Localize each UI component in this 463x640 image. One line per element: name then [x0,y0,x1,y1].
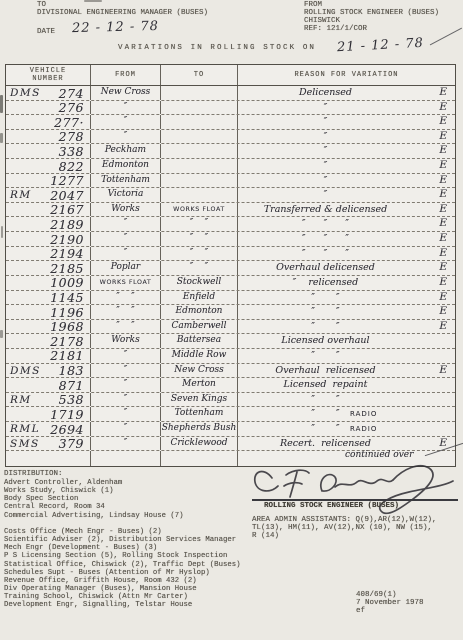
e-flag: E [439,320,447,332]
cell-reason: Licensed repaint [238,378,455,392]
table-row: 1968 ″ ″ Camberwell ″ ″ E [6,320,455,335]
reason-value: ″ ″ [238,423,413,434]
table-row: 2194 ″ ″ ″ ″ ″ ″ E [6,247,455,262]
from-value: ″ [91,438,160,448]
scan-artifact [1,226,3,238]
scan-artifact [84,0,102,2]
from-value: Peckham [91,145,160,155]
cell-vehicle-number: 1968 [6,320,91,334]
cell-reason: ″ E [238,101,455,115]
cell-vehicle-number: 278 [6,130,91,144]
table-row: 2185 Poplar ″ ″ Overhaul delicensed E [6,261,455,276]
cell-vehicle-number: 871 [6,378,91,392]
vehicle-number: 2185 [50,261,84,276]
to-value: Tottenham [161,408,237,418]
from-value: Tottenham [91,175,160,185]
cell-to: ″ ″ [161,247,238,261]
vehicle-number: 2047 [50,188,84,203]
vehicle-number: 538 [59,392,84,407]
table-row: 2190 ″ ″ ″ ″ ″ ″ E [6,232,455,247]
cell-vehicle-number: 1145 [6,291,91,305]
cell-to: ″ ″ [161,232,238,246]
vehicle-number: 1719 [50,407,84,422]
admin-assistants-line1: AREA ADMIN ASSISTANTS: Q(9),AR(12),W(12)… [252,516,437,524]
col-header-vehicle-number: VEHICLE NUMBER [6,65,91,85]
cell-to: Battersea [161,334,238,348]
cell-to [161,130,238,144]
distribution-line [4,520,240,528]
from-value: ″ [91,233,160,243]
to-value: New Cross [161,365,237,375]
e-flag: E [439,247,447,259]
cell-to: Stockwell [161,276,238,290]
cell-reason: ″ ″ [238,349,455,363]
cell-vehicle-number: 2167 [6,203,91,217]
cell-from: ″ [91,115,161,129]
vehicle-number: 2189 [50,217,84,232]
cell-from: ″ ″ [91,305,161,319]
cell-vehicle-number [6,451,91,466]
cell-vehicle-number: 1719 [6,407,91,421]
to-value: Edmonton [161,306,237,316]
cell-reason: ″ E [238,188,455,202]
reason-value: Transferred & delicensed [238,204,413,215]
table-row: 1277 Tottenham ″ E [6,174,455,189]
vehicle-number: 1009 [50,275,84,290]
to-value: Seven Kings [161,394,237,404]
cell-from: New Cross [91,86,161,100]
cell-to [161,144,238,158]
reason-value: Overhaul delicensed [238,262,413,273]
continued-over-note: continued over [345,450,413,460]
col-header-number: NUMBER [32,75,63,83]
table-row: 2167 Works WORKS FLOAT Transferred & del… [6,203,455,218]
cell-vehicle-number: 277· [6,115,91,129]
vehicle-prefix: SMS [10,438,40,450]
reason-value: ″ ″ [238,306,413,317]
from-value: ″ [91,423,160,433]
cell-to [161,174,238,188]
cell-to [161,159,238,173]
cell-vehicle-number: SMS 379 [6,437,91,451]
ref-number: REF: 121/1/COR [304,25,367,33]
reason-value: ″ [238,189,413,200]
table-row: 338 Peckham ″ E [6,144,455,159]
vehicle-number: 2178 [50,334,84,349]
distribution-line: Costs Office (Mech Engr - Buses) (2) [4,528,240,536]
distribution-line: Commercial Advertising, Lindsay House (7… [4,512,240,520]
cell-reason: ″ ″ ″ E [238,232,455,246]
cell-from: Edmonton [91,159,161,173]
date-label: DATE [37,28,55,36]
e-flag: E [439,101,447,113]
vehicle-number: 278 [59,129,84,144]
footer-typist-initials: ef [356,607,365,615]
reason-value: ″ relicensed [238,277,413,288]
table-row: 2181 ″ Middle Row ″ ″ [6,349,455,364]
to-value: ″ ″ [161,233,237,243]
e-flag: E [439,291,447,303]
cell-to: Shepherds Bush [161,422,238,436]
scanned-memo-page: TO DIVISIONAL ENGINEERING MANAGER (BUSES… [0,0,463,640]
to-value: Merton [161,379,237,389]
cell-from: Works [91,203,161,217]
cell-reason: ″ ″ ″ E [238,247,455,261]
cell-from: Tottenham [91,174,161,188]
table-row: 871 ″ Merton Licensed repaint [6,378,455,393]
cell-vehicle-number: 1277 [6,174,91,188]
to-value: Cricklewood [161,438,237,448]
distribution-line: Schedules Supt - Buses (Attention of Mr … [4,569,240,577]
scan-artifact [0,95,3,113]
reason-value: ″ ″ ″ [238,233,413,244]
table-row: RML 2694 ″ Shepherds Bush ″ ″ RADIO [6,422,455,437]
vehicle-number: 183 [59,363,84,378]
scan-artifact [0,330,3,338]
cell-from: ″ [91,247,161,261]
vehicle-number: 822 [59,159,84,174]
cell-vehicle-number: RM 2047 [6,188,91,202]
cell-reason: ″ E [238,130,455,144]
from-location: CHISWICK [304,17,340,25]
cell-reason: ″ ″ [238,393,455,407]
from-value: ″ [91,408,160,418]
cell-from: ″ [91,217,161,231]
distribution-line: Statistical Office, Chiswick (2), Traffi… [4,561,240,569]
cell-from: ″ [91,393,161,407]
from-value: ″ [91,131,160,141]
reason-value: ″ ″ [238,408,413,419]
cell-reason: ″ ″ ″ E [238,217,455,231]
from-value: ″ ″ [91,321,160,331]
cell-to: Tottenham [161,407,238,421]
to-value: ″ ″ [161,262,237,272]
reason-value: ″ ″ ″ [238,248,413,259]
cell-reason: ″ E [238,115,455,129]
from-value: ″ [91,116,160,126]
e-flag: E [439,437,447,449]
vehicle-number: 1277 [50,173,84,188]
cell-from: ″ [91,378,161,392]
cell-from: Peckham [91,144,161,158]
cell-from: ″ [91,422,161,436]
cell-reason: ″ ″ RADIO [238,422,455,436]
e-flag: E [439,174,447,186]
reason-value: Overhaul relicensed [238,365,413,376]
cell-vehicle-number: 2189 [6,217,91,231]
distribution-line: Development Engr, Signalling, Telstar Ho… [4,601,240,609]
col-header-vehicle: VEHICLE [30,67,66,75]
cell-vehicle-number: RM 538 [6,393,91,407]
distribution-line: Scientific Adviser (2), Distribution Ser… [4,536,240,544]
vehicle-number: 1196 [50,305,84,320]
cell-reason: ″ ″ RADIO [238,407,455,421]
distribution-line: Central Record, Room 34 [4,503,240,511]
table-row: 822 Edmonton ″ E [6,159,455,174]
cell-reason: ″ ″ E [238,305,455,319]
vehicle-number: 379 [59,436,84,451]
date-handwritten: 22 - 12 - 78 [72,19,159,36]
cell-to: Camberwell [161,320,238,334]
vehicle-prefix: RM [10,394,32,406]
from-value: ″ [91,350,160,360]
from-value: ″ ″ [91,292,160,302]
to-value: Stockwell [161,277,237,287]
to-label: TO [37,1,46,9]
table-row: DMS 274 New Cross Delicensed E [6,86,455,101]
from-label: FROM [304,1,322,9]
e-flag: E [439,188,447,200]
e-flag: E [439,115,447,127]
cell-to: New Cross [161,364,238,378]
reason-value: ″ [238,102,413,113]
vehicle-number: 2190 [50,232,84,247]
cell-from: ″ ″ [91,320,161,334]
cell-vehicle-number: 2194 [6,247,91,261]
cell-vehicle-number: 338 [6,144,91,158]
cell-to [161,101,238,115]
vehicle-prefix: RM [10,189,32,201]
cell-vehicle-number: 822 [6,159,91,173]
cell-from: ″ [91,364,161,378]
table-row: 276 ″ ″ E [6,101,455,116]
from-value: ″ [91,365,160,375]
cell-from: Works [91,334,161,348]
reason-value: ″ ″ [238,321,413,332]
radio-note: RADIO [350,410,377,418]
distribution-list: Advert Controller, AldenhamWorks Study, … [4,479,240,609]
reason-value: ″ ″ [238,350,413,361]
from-value: ″ [91,218,160,228]
from-value: Victoria [91,189,160,199]
distribution-label: DISTRIBUTION: [4,470,63,478]
reason-value: Delicensed [238,87,413,98]
cell-vehicle-number: 2185 [6,261,91,275]
col-header-to: TO [161,65,238,85]
vehicle-number: 276 [59,100,84,115]
reason-value: Licensed overhaul [238,335,413,346]
vehicle-number: 338 [59,144,84,159]
vehicle-number: 2194 [50,246,84,261]
cell-from: WORKS FLOAT [91,276,161,290]
cell-vehicle-number: 2178 [6,334,91,348]
cell-to: WORKS FLOAT [161,203,238,217]
table-row: 2178 Works Battersea Licensed overhaul [6,334,455,349]
to-value: Middle Row [161,350,237,360]
reason-value: ″ [238,116,413,127]
cell-reason: ″ relicensed E [238,276,455,290]
reason-value: Recert. relicensed [238,438,413,449]
e-flag: E [439,144,447,156]
cell-from: ″ ″ [91,291,161,305]
e-flag: E [439,130,447,142]
col-header-from: FROM [91,65,161,85]
cell-vehicle-number: 2190 [6,232,91,246]
table-row: 1719 ″ Tottenham ″ ″ RADIO [6,407,455,422]
cell-to [161,86,238,100]
from-value: ″ [91,248,160,258]
e-flag: E [439,232,447,244]
cell-to: Seven Kings [161,393,238,407]
e-flag: E [439,86,447,98]
to-value: ″ ″ [161,248,237,258]
from-value: Works [91,204,160,214]
to-value: Shepherds Bush [161,423,237,433]
distribution-line: Advert Controller, Aldenham [4,479,240,487]
table-row: 1196 ″ ″ Edmonton ″ ″ E [6,305,455,320]
distribution-line: Div Operating Manager (Buses), Mansion H… [4,585,240,593]
table-row: 278 ″ ″ E [6,130,455,145]
cell-from: ″ [91,349,161,363]
table-header-row: VEHICLE NUMBER FROM TO REASON FOR VARIAT… [6,65,455,86]
from-value: ″ [91,394,160,404]
reason-value: ″ [238,160,413,171]
cell-reason: ″ ″ E [238,320,455,334]
e-flag: E [439,159,447,171]
cell-to [161,451,238,466]
cell-reason: ″ E [238,159,455,173]
footer-date: 7 November 1978 [356,599,424,607]
cell-to: Merton [161,378,238,392]
cell-vehicle-number: 1196 [6,305,91,319]
from-value: ″ [91,379,160,389]
cell-reason: Transferred & delicensed E [238,203,455,217]
cell-to [161,115,238,129]
e-flag: E [439,261,447,273]
cell-reason: Overhaul delicensed E [238,261,455,275]
e-flag: E [439,276,447,288]
pen-stroke [430,28,462,46]
page-title: VARIATIONS IN ROLLING STOCK ON [118,44,316,52]
table-row: RM 538 ″ Seven Kings ″ ″ [6,393,455,408]
from-value: ″ [91,102,160,112]
from-value: WORKS FLOAT [91,279,160,286]
title-date-handwritten: 21 - 12 - 78 [337,36,425,56]
cell-reason: ″ ″ E [238,291,455,305]
radio-note: RADIO [350,425,377,433]
variations-table: VEHICLE NUMBER FROM TO REASON FOR VARIAT… [5,64,456,467]
cell-to: Enfield [161,291,238,305]
cell-to: ″ ″ [161,261,238,275]
e-flag: E [439,203,447,215]
cell-from: ″ [91,407,161,421]
vehicle-number: 277· [54,115,84,130]
e-flag: E [439,364,447,376]
cell-reason: ″ E [238,144,455,158]
from-value: Edmonton [91,160,160,170]
cell-reason: Licensed overhaul [238,334,455,348]
table-row: 1009 WORKS FLOAT Stockwell ″ relicensed … [6,276,455,291]
footer-ref: 408/69(1) [356,591,397,599]
cell-from: ″ [91,232,161,246]
table-row: 1145 ″ ″ Enfield ″ ″ E [6,291,455,306]
reason-value: ″ [238,131,413,142]
cell-vehicle-number: RML 2694 [6,422,91,436]
cell-reason: Recert. relicensed E [238,437,455,451]
reason-value: ″ [238,145,413,156]
reason-value: ″ ″ [238,394,413,405]
vehicle-number: 1145 [50,290,84,305]
cell-vehicle-number: 1009 [6,276,91,290]
vehicle-number: 2167 [50,202,84,217]
cell-reason: ″ E [238,174,455,188]
table-row: 2189 ″ ″ ″ ″ ″ ″ E [6,217,455,232]
vehicle-number: 274 [59,86,84,101]
admin-assistants-line3: R (14) [252,532,279,540]
cell-vehicle-number: DMS 183 [6,364,91,378]
cell-vehicle-number: 2181 [6,349,91,363]
from-value: Works [91,335,160,345]
vehicle-number: 1968 [50,319,84,334]
cell-reason: Delicensed E [238,86,455,100]
cell-from: Poplar [91,261,161,275]
cell-to: Edmonton [161,305,238,319]
distribution-line: Revenue Office, Griffith House, Room 432… [4,577,240,585]
to-value: Enfield [161,292,237,302]
to-value: DIVISIONAL ENGINEERING MANAGER (BUSES) [37,9,208,17]
table-row: DMS 183 ″ New Cross Overhaul relicensed … [6,364,455,379]
vehicle-prefix: DMS [10,365,41,377]
cell-vehicle-number: 276 [6,101,91,115]
reason-value: ″ [238,175,413,186]
cell-vehicle-number: DMS 274 [6,86,91,100]
vehicle-number: 871 [59,378,84,393]
e-flag: E [439,217,447,229]
vehicle-prefix: DMS [10,87,41,99]
to-value: Camberwell [161,321,237,331]
from-value: New Cross [91,87,160,97]
to-value: ″ ″ [161,218,237,228]
cell-from: ″ [91,130,161,144]
cell-from: Victoria [91,188,161,202]
to-value: WORKS FLOAT [161,206,237,213]
cell-to [161,188,238,202]
to-value: Battersea [161,335,237,345]
cell-from: ″ [91,437,161,451]
reason-value: ″ ″ ″ [238,218,413,229]
col-header-reason: REASON FOR VARIATION [238,65,455,85]
cell-to: Cricklewood [161,437,238,451]
cell-to: ″ ″ [161,217,238,231]
signoff-title: ROLLING STOCK ENGINEER (BUSES) [264,502,399,510]
cell-to: Middle Row [161,349,238,363]
table-row: RM 2047 Victoria ″ E [6,188,455,203]
table-body: DMS 274 New Cross Delicensed E 276 ″ [6,86,455,466]
vehicle-prefix: RML [10,423,40,435]
scan-artifact [0,133,3,143]
reason-value: ″ ″ [238,292,413,303]
cell-from: ″ [91,101,161,115]
vehicle-number: 2694 [50,422,84,437]
vehicle-number: 2181 [50,348,84,363]
table-row: 277· ″ ″ E [6,115,455,130]
from-value: ROLLING STOCK ENGINEER (BUSES) [304,9,439,17]
e-flag: E [439,305,447,317]
admin-assistants-line2: TL(13), HM(11), AV(12),NX (10), NW (15), [252,524,432,532]
from-value: Poplar [91,262,160,272]
from-value: ″ ″ [91,306,160,316]
cell-reason: Overhaul relicensed E [238,364,455,378]
reason-value: Licensed repaint [238,379,413,390]
cell-from [91,451,161,466]
distribution-line: P S Licensing Section (5), Rolling Stock… [4,552,240,560]
